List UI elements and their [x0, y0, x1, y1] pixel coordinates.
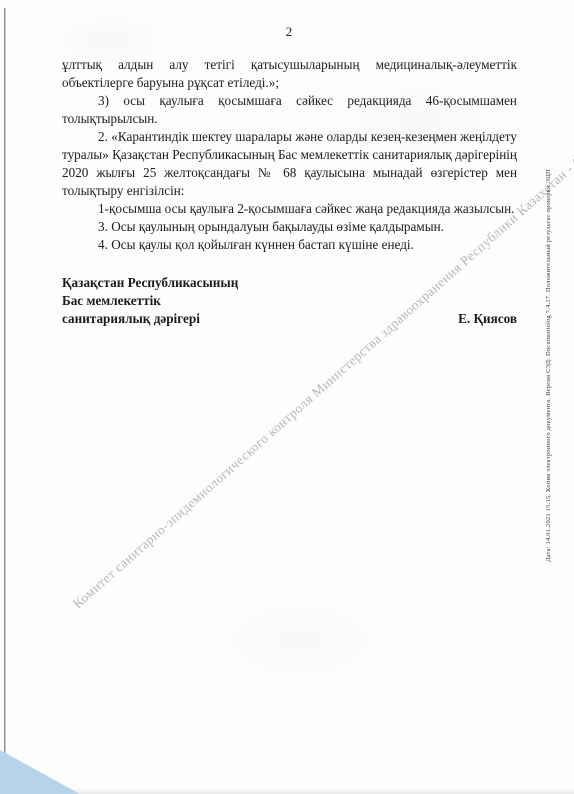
document-body: ұлттық алдын алу тетігі қатысушыларының … — [62, 56, 517, 254]
signature-title-line: Қазақстан Республикасының — [62, 274, 238, 292]
signatory-name: Е. Қиясов — [458, 310, 517, 328]
page-number: 2 — [62, 24, 517, 40]
paragraph: 2. «Карантиндік шектеу шаралары және ола… — [62, 128, 517, 200]
corner-background-triangle — [0, 750, 80, 794]
signature-title-line: санитариялық дәрігері — [62, 310, 238, 328]
paragraph: 1-қосымша осы қаулыға 2-қосымшаға сәйкес… — [62, 200, 517, 218]
paragraph: 4. Осы қаулы қол қойылған күннен бастап … — [62, 236, 517, 254]
document-content: 2 ұлттық алдын алу тетігі қатысушыларыны… — [62, 24, 517, 328]
scanned-document-page: Комитет санитарно-эпидемиологического ко… — [0, 0, 574, 794]
signature-title-line: Бас мемлекеттік — [62, 292, 238, 310]
paragraph: ұлттық алдын алу тетігі қатысушыларының … — [62, 56, 517, 92]
paragraph: 3) осы қаулыға қосымшаға сәйкес редакция… — [62, 92, 517, 128]
paragraph: 3. Осы қаулының орындалуын бақылауды өзі… — [62, 218, 517, 236]
signature-block: Қазақстан РеспубликасыныңБас мемлекеттік… — [62, 274, 517, 328]
esign-verification-note: Дата: 14.01.2021 15:15. Копия электронно… — [545, 169, 552, 562]
bottom-edge-shadow — [0, 787, 574, 794]
signature-title: Қазақстан РеспубликасыныңБас мемлекеттік… — [62, 274, 238, 328]
page-edge-shadow — [4, 8, 6, 778]
